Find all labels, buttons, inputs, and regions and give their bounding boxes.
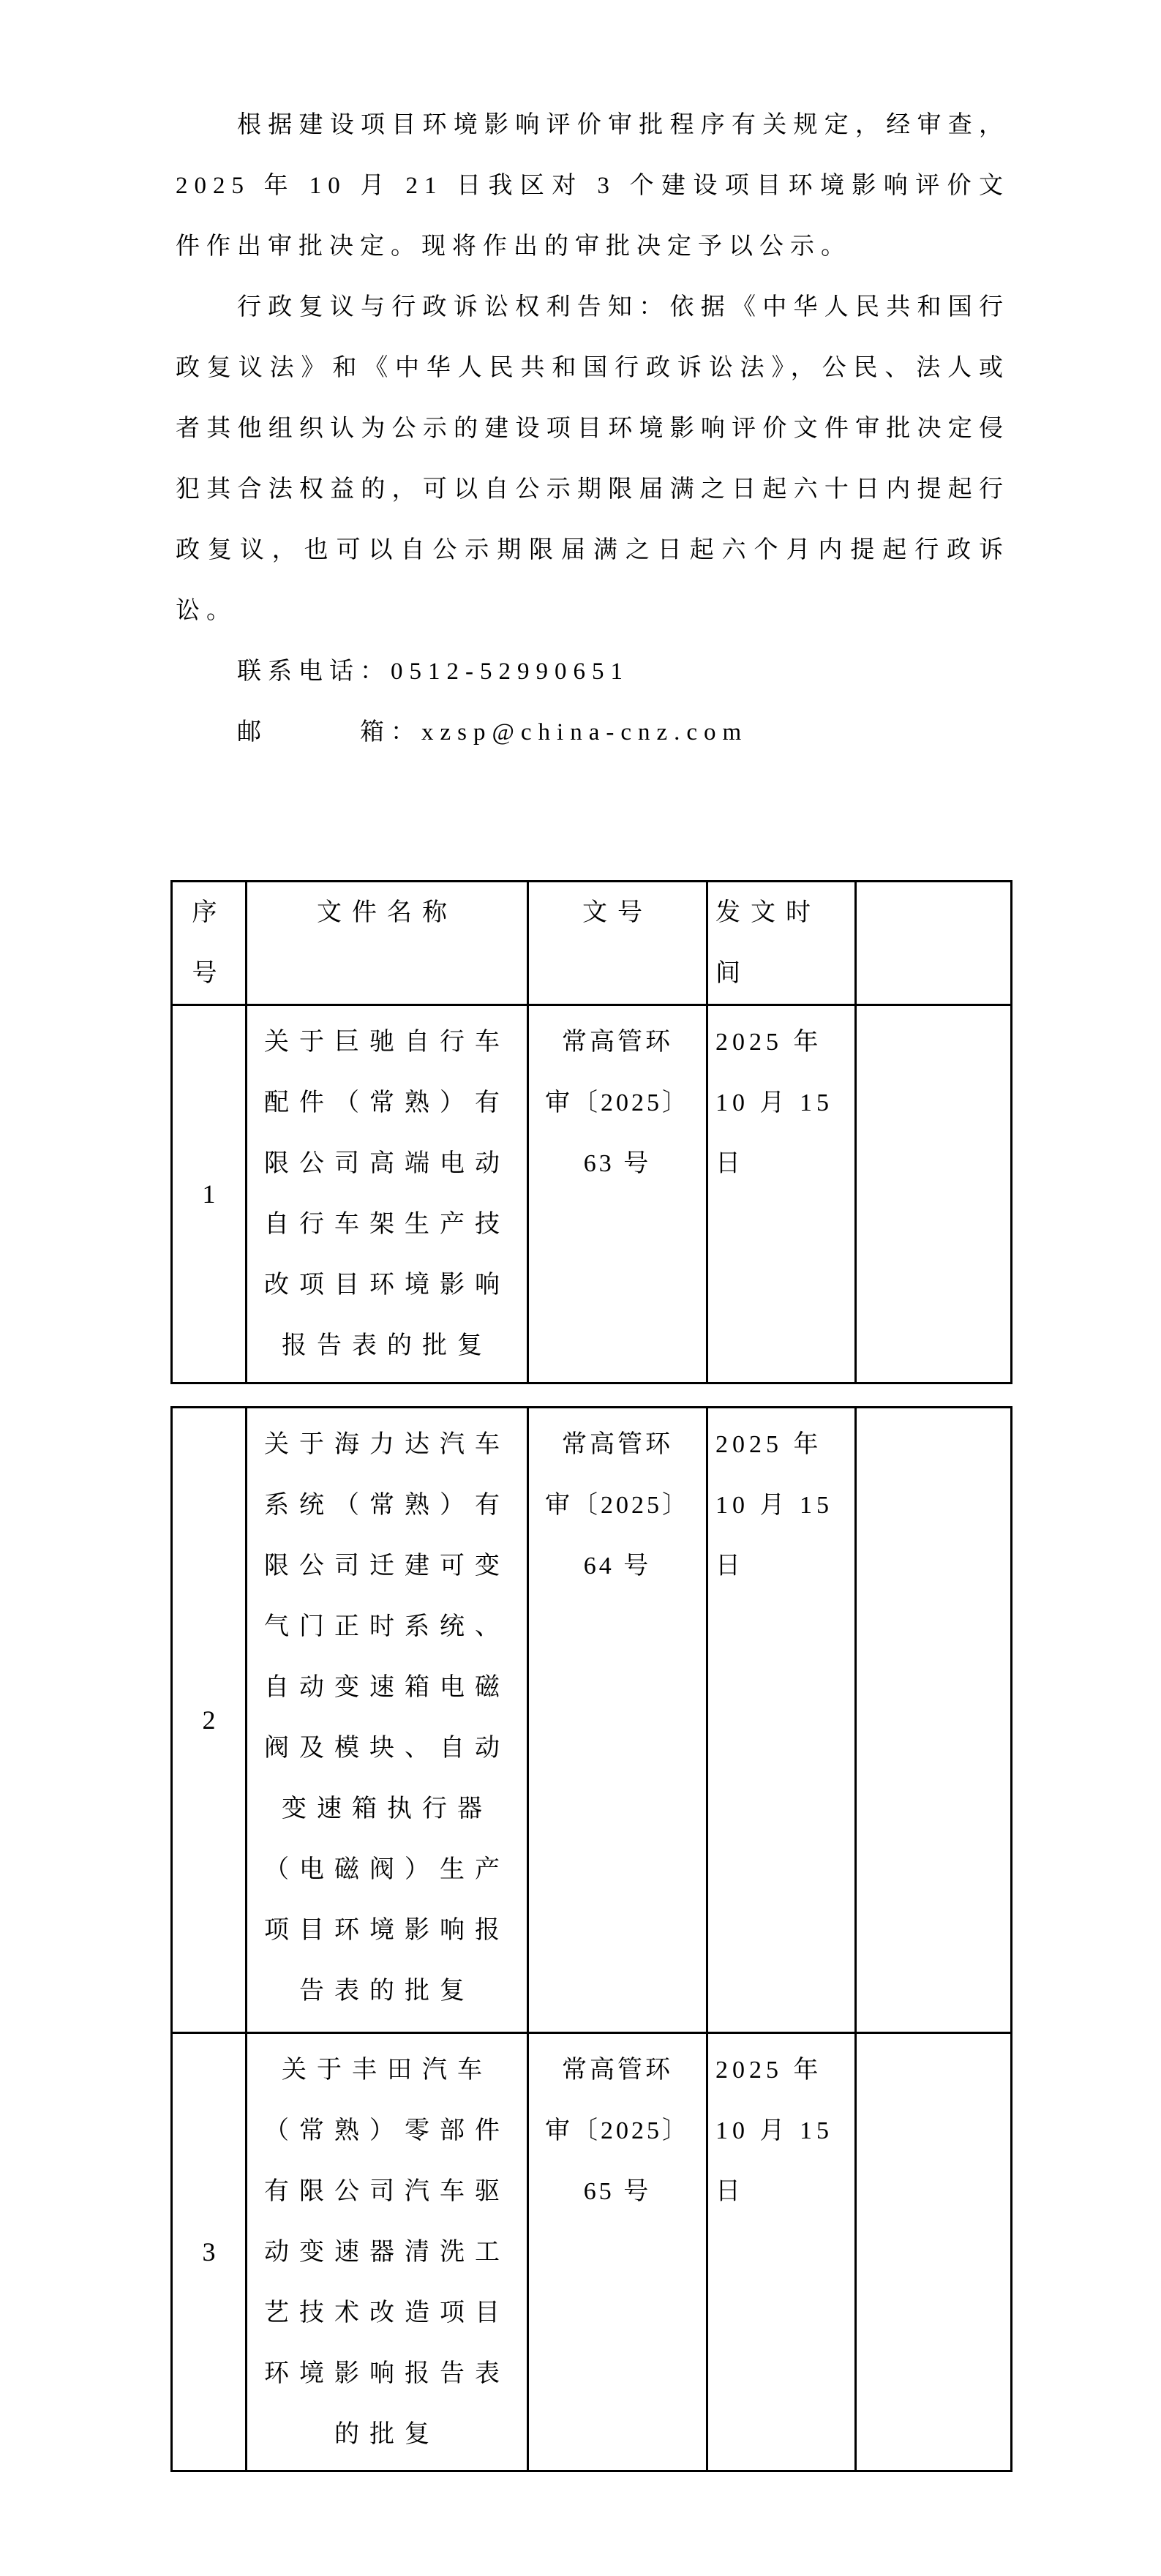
- file-name-line: 关于海力达汽车: [247, 1414, 527, 1475]
- issue-date-line: 日: [708, 1536, 854, 1596]
- contact-phone-line: 联系电话：0512-52990651: [176, 642, 1010, 702]
- cell-issue-date: 2025 年10 月 15日: [707, 1408, 856, 2033]
- cell-empty: [856, 2033, 1012, 2471]
- cell-file-name: 关于巨驰自行车配件（常熟）有限公司高端电动自行车架生产技改项目环境影响报告表的批…: [247, 1005, 528, 1383]
- cell-seq-number: 1: [172, 1005, 247, 1383]
- doc-number-line: 63 号: [529, 1133, 706, 1194]
- cell-issue-date: 2025 年10 月 15日: [707, 1005, 856, 1383]
- contact-phone-label: 联系电话：: [237, 658, 391, 685]
- file-name-line: 配件（常熟）有: [247, 1073, 527, 1133]
- doc-number-line: 审〔2025〕: [529, 2100, 706, 2161]
- cell-issue-date: 2025 年10 月 15日: [707, 2033, 856, 2471]
- doc-number-line: 审〔2025〕: [529, 1475, 706, 1536]
- file-name-line: 变速箱执行器: [247, 1779, 527, 1839]
- doc-number-line: 常高管环: [529, 2040, 706, 2100]
- approval-documents-table-part-1: 序号文件名称文号发文时间1关于巨驰自行车配件（常熟）有限公司高端电动自行车架生产…: [170, 880, 1012, 1384]
- file-name-line: 阀及模块、自动: [247, 1718, 527, 1779]
- cell-doc-number: 常高管环审〔2025〕63 号: [528, 1005, 707, 1383]
- cell-empty: [856, 1408, 1012, 2033]
- header-file-name: 文件名称: [247, 882, 528, 1005]
- table-row: 2关于海力达汽车系统（常熟）有限公司迁建可变气门正时系统、自动变速箱电磁阀及模块…: [172, 1408, 1012, 2033]
- contact-phone-number: 0512-52990651: [391, 658, 629, 685]
- cell-seq-number: 2: [172, 1408, 247, 2033]
- cell-file-name: 关于丰田汽车（常熟）零部件有限公司汽车驱动变速器清洗工艺技术改造项目环境影响报告…: [247, 2033, 528, 2471]
- issue-date-line: 日: [708, 2161, 854, 2222]
- cell-doc-number: 常高管环审〔2025〕65 号: [528, 2033, 707, 2471]
- paragraph-legal-rights-notice: 行政复议与行政诉讼权利告知：依据《中华人民共和国行政复议法》和《中华人民共和国行…: [176, 277, 1010, 642]
- file-name-line: 项目环境影响报: [247, 1900, 527, 1961]
- header-seq-number: 序号: [172, 882, 247, 1005]
- file-name-line: 的批复: [247, 2404, 527, 2465]
- file-name-line: （常熟）零部件: [247, 2100, 527, 2161]
- approval-documents-table-part-2: 2关于海力达汽车系统（常熟）有限公司迁建可变气门正时系统、自动变速箱电磁阀及模块…: [170, 1406, 1012, 2472]
- file-name-line: 自行车架生产技: [247, 1194, 527, 1255]
- file-name-line: 报告表的批复: [247, 1315, 527, 1376]
- file-name-line: 气门正时系统、: [247, 1596, 527, 1657]
- doc-number-line: 审〔2025〕: [529, 1073, 706, 1133]
- table-header-row: 序号文件名称文号发文时间: [172, 882, 1012, 1005]
- cell-seq-number: 3: [172, 2033, 247, 2471]
- contact-email-address: xzsp@china-cnz.com: [421, 719, 748, 746]
- header-seq-number-label: 序号: [192, 882, 226, 1004]
- table-row: 1关于巨驰自行车配件（常熟）有限公司高端电动自行车架生产技改项目环境影响报告表的…: [172, 1005, 1012, 1383]
- file-name-line: 自动变速箱电磁: [247, 1657, 527, 1718]
- table-row: 3关于丰田汽车（常熟）零部件有限公司汽车驱动变速器清洗工艺技术改造项目环境影响报…: [172, 2033, 1012, 2471]
- issue-date-line: 10 月 15: [708, 1475, 854, 1536]
- announcement-text-block: 根据建设项目环境影响评价审批程序有关规定，经审查，2025 年 10 月 21 …: [176, 0, 1010, 763]
- cell-file-name: 关于海力达汽车系统（常熟）有限公司迁建可变气门正时系统、自动变速箱电磁阀及模块、…: [247, 1408, 528, 2033]
- issue-date-line: 10 月 15: [708, 2100, 854, 2161]
- file-name-line: （电磁阀）生产: [247, 1839, 527, 1900]
- file-name-line: 限公司迁建可变: [247, 1536, 527, 1596]
- file-name-line: 动变速器清洗工: [247, 2222, 527, 2283]
- doc-number-line: 65 号: [529, 2161, 706, 2222]
- doc-number-line: 常高管环: [529, 1414, 706, 1475]
- file-name-line: 限公司高端电动: [247, 1133, 527, 1194]
- issue-date-line: 2025 年: [708, 1012, 854, 1073]
- header-issue-date: 发文时间: [707, 882, 856, 1005]
- file-name-line: 环境影响报告表: [247, 2343, 527, 2404]
- file-name-line: 关于丰田汽车: [247, 2040, 527, 2100]
- doc-number-line: 常高管环: [529, 1012, 706, 1073]
- cell-empty: [856, 1005, 1012, 1383]
- document-page: 根据建设项目环境影响评价审批程序有关规定，经审查，2025 年 10 月 21 …: [0, 0, 1161, 2576]
- file-name-line: 改项目环境影响: [247, 1255, 527, 1315]
- file-name-line: 关于巨驰自行车: [247, 1012, 527, 1073]
- file-name-line: 有限公司汽车驱: [247, 2161, 527, 2222]
- file-name-line: 系统（常熟）有: [247, 1475, 527, 1536]
- contact-email-label: 邮 箱：: [237, 719, 421, 746]
- issue-date-line: 2025 年: [708, 2040, 854, 2100]
- file-name-line: 告表的批复: [247, 1961, 527, 2021]
- issue-date-line: 日: [708, 1133, 854, 1194]
- doc-number-line: 64 号: [529, 1536, 706, 1596]
- header-doc-number: 文号: [528, 882, 707, 1005]
- cell-doc-number: 常高管环审〔2025〕64 号: [528, 1408, 707, 2033]
- file-name-line: 艺技术改造项目: [247, 2283, 527, 2343]
- paragraph-approval-announcement: 根据建设项目环境影响评价审批程序有关规定，经审查，2025 年 10 月 21 …: [176, 95, 1010, 277]
- header-empty: [856, 882, 1012, 1005]
- issue-date-line: 2025 年: [708, 1414, 854, 1475]
- issue-date-line: 10 月 15: [708, 1073, 854, 1133]
- contact-email-line: 邮 箱：xzsp@china-cnz.com: [176, 702, 1010, 763]
